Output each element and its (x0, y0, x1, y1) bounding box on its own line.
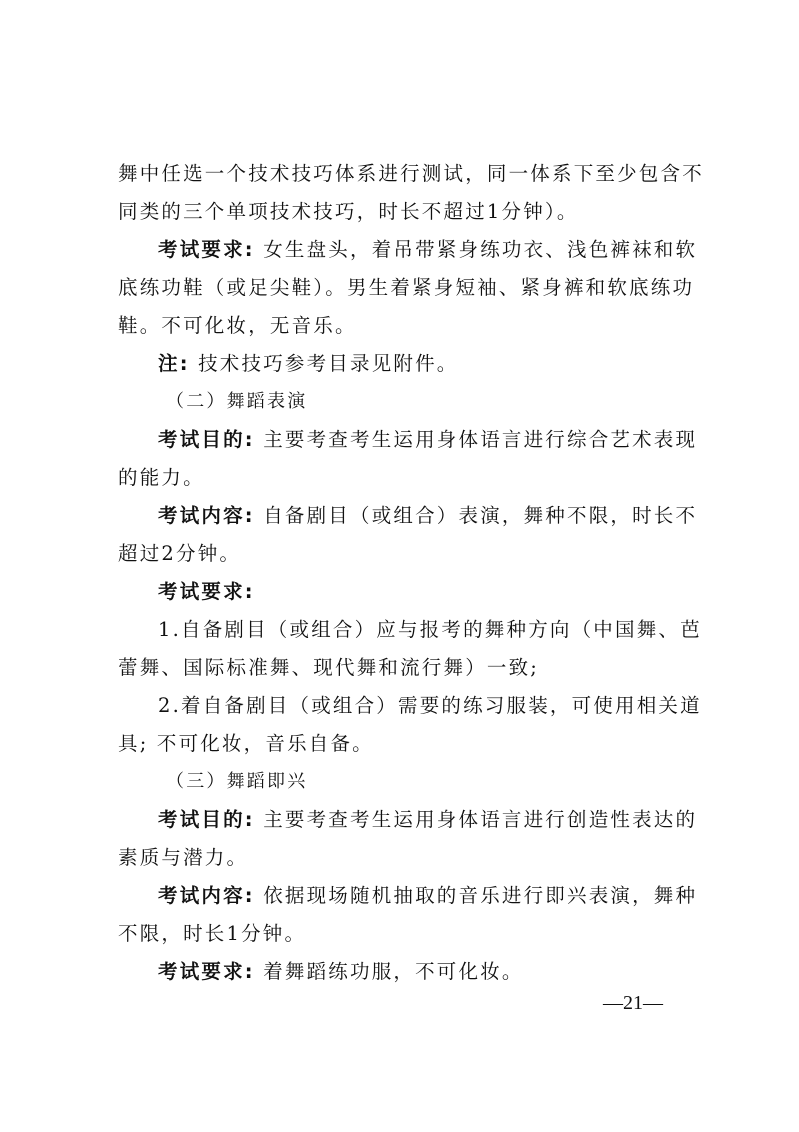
paragraph-requirements: 考试要求: 着舞蹈练功服，不可化妆。 (118, 953, 684, 991)
text-line: 的能力。 (118, 459, 684, 497)
line-text: 的能力。 (118, 466, 205, 489)
heading-text: （二）舞蹈表演 (166, 391, 307, 412)
paragraph-requirements: 考试要求: 女生盘头，着吊带紧身练功衣、浅色裤袜和软 (118, 231, 684, 269)
line-text: 具; 不可化妆，音乐自备。 (118, 732, 374, 755)
line-text: 蕾舞、国际标准舞、现代舞和流行舞）一致; (118, 656, 539, 679)
bold-label: 考试内容: (158, 884, 255, 907)
bold-label: 考试内容: (158, 504, 255, 527)
paragraph-content: 考试内容: 依据现场随机抽取的音乐进行即兴表演，舞种 (118, 877, 684, 915)
line-text: 主要考查考生运用身体语言进行创造性表达的 (255, 808, 697, 831)
line-text: 主要考查考生运用身体语言进行综合艺术表现 (255, 428, 697, 451)
text-line: 舞中任选一个技术技巧体系进行测试，同一体系下至少包含不 (118, 155, 684, 193)
line-text: 不限，时长1分钟。 (118, 922, 306, 945)
line-text: 超过2分钟。 (118, 542, 241, 565)
line-text: 着舞蹈练功服，不可化妆。 (255, 960, 524, 983)
text-line: 同类的三个单项技术技巧，时长不超过1分钟）。 (118, 193, 684, 231)
text-line: 具; 不可化妆，音乐自备。 (118, 725, 684, 763)
bold-label: 考试要求: (158, 580, 255, 603)
bold-label: 考试目的: (158, 808, 255, 831)
line-text: 依据现场随机抽取的音乐进行即兴表演，舞种 (255, 884, 697, 907)
text-line: 不限，时长1分钟。 (118, 915, 684, 953)
line-text: 素质与潜力。 (118, 846, 248, 869)
section-heading-improvisation: （三）舞蹈即兴 (118, 763, 684, 801)
bold-label: 考试要求: (158, 238, 255, 261)
text-line: 蕾舞、国际标准舞、现代舞和流行舞）一致; (118, 649, 684, 687)
bold-label: 注: (158, 352, 190, 375)
document-body: 舞中任选一个技术技巧体系进行测试，同一体系下至少包含不 同类的三个单项技术技巧，… (118, 155, 684, 991)
paragraph-content: 考试内容: 自备剧目（或组合）表演，舞种不限，时长不 (118, 497, 684, 535)
text-line: 鞋。不可化妆，无音乐。 (118, 307, 684, 345)
text-line: 超过2分钟。 (118, 535, 684, 573)
bold-label: 考试要求: (158, 960, 255, 983)
line-text: 鞋。不可化妆，无音乐。 (118, 314, 357, 337)
paragraph-note: 注: 技术技巧参考目录见附件。 (118, 345, 684, 383)
line-text: 同类的三个单项技术技巧，时长不超过1分钟）。 (118, 200, 579, 223)
paragraph-requirements: 考试要求: (118, 573, 684, 611)
line-text: 1.自备剧目（或组合）应与报考的舞种方向（中国舞、芭 (158, 618, 702, 641)
heading-text: （三）舞蹈即兴 (166, 771, 307, 792)
list-item-1: 1.自备剧目（或组合）应与报考的舞种方向（中国舞、芭 (118, 611, 684, 649)
line-text: 底练功鞋（或足尖鞋）。男生着紧身短袖、紧身裤和软底练功 (118, 276, 694, 299)
line-text: 自备剧目（或组合）表演，舞种不限，时长不 (255, 504, 697, 527)
paragraph-purpose: 考试目的: 主要考查考生运用身体语言进行创造性表达的 (118, 801, 684, 839)
text-line: 素质与潜力。 (118, 839, 684, 877)
line-text: 女生盘头，着吊带紧身练功衣、浅色裤袜和软 (255, 238, 697, 261)
line-text: 舞中任选一个技术技巧体系进行测试，同一体系下至少包含不 (118, 162, 704, 185)
bold-label: 考试目的: (158, 428, 255, 451)
text-line: 底练功鞋（或足尖鞋）。男生着紧身短袖、紧身裤和软底练功 (118, 269, 684, 307)
page-number: —21— (603, 992, 663, 1015)
line-text: 技术技巧参考目录见附件。 (190, 352, 459, 375)
paragraph-purpose: 考试目的: 主要考查考生运用身体语言进行综合艺术表现 (118, 421, 684, 459)
list-item-2: 2.着自备剧目（或组合）需要的练习服装，可使用相关道 (118, 687, 684, 725)
section-heading-performance: （二）舞蹈表演 (118, 383, 684, 421)
line-text: 2.着自备剧目（或组合）需要的练习服装，可使用相关道 (158, 694, 702, 717)
